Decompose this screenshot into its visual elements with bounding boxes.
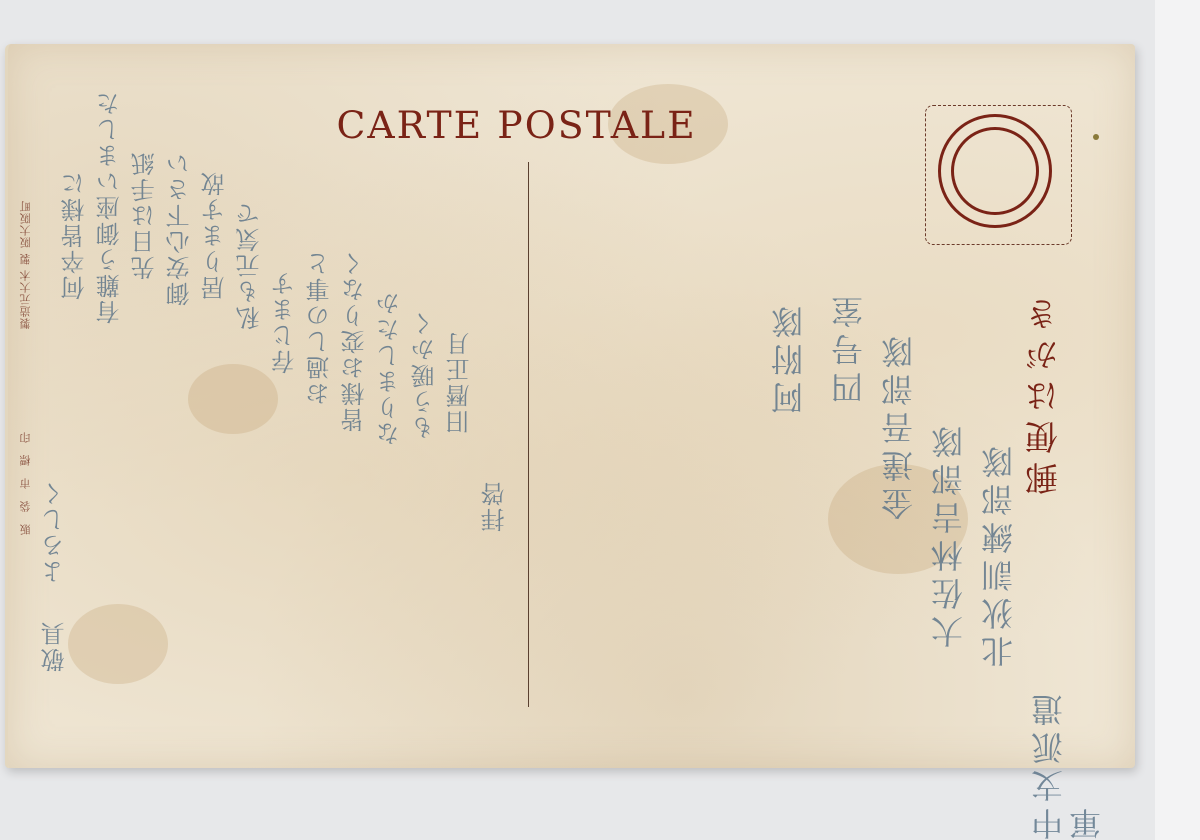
message-line: 拝啓: [480, 480, 510, 532]
address-line: 中支派遣軍: [1030, 660, 1106, 840]
paper-stain: [68, 604, 168, 684]
background-right-strip: [1155, 0, 1200, 840]
message-line: 有難う御座いました: [95, 90, 125, 324]
paper-stain: [188, 364, 278, 434]
address-line: 阿附隊: [770, 300, 808, 414]
message-line: 旧暦正月: [445, 330, 475, 434]
message-line: もう暖かく: [410, 310, 440, 440]
stamp-circle-icon: [938, 114, 1052, 228]
printer-imprint: 製造元大木 製 阪大阪町: [18, 200, 34, 329]
center-divider-line: [528, 162, 529, 707]
address-line: 北狄訓練部隊: [980, 440, 1018, 668]
message-line: お過しの事と: [305, 250, 335, 406]
printer-imprint-secondary: 販袋市標印: [18, 420, 34, 535]
message-line: 敬具: [40, 620, 70, 672]
paper-spot: [1093, 134, 1099, 140]
message-line: 先日は手紙: [130, 150, 160, 280]
address-line: 大佐林吉部隊: [930, 420, 968, 648]
card-title: CARTE POSTALE: [336, 104, 696, 147]
message-line: よろしく: [40, 480, 70, 584]
message-line: 皆様お変りなく: [340, 250, 370, 432]
stamp-inner-circle-icon: [951, 127, 1039, 215]
postcard-vertical-label: 郵便はがき: [1020, 290, 1060, 495]
stamp-box: [925, 105, 1072, 245]
message-line: なりましたか: [375, 290, 405, 446]
message-line: 居ります故: [200, 170, 230, 300]
address-line: 金達吾部隊: [880, 330, 918, 520]
message-line: 私も元気で: [235, 200, 265, 330]
address-line: 四号室: [830, 290, 868, 404]
message-line: 何卒皆様に: [60, 170, 90, 300]
message-line: 存じます: [270, 270, 300, 374]
message-line: 御安心下さい: [165, 150, 195, 306]
